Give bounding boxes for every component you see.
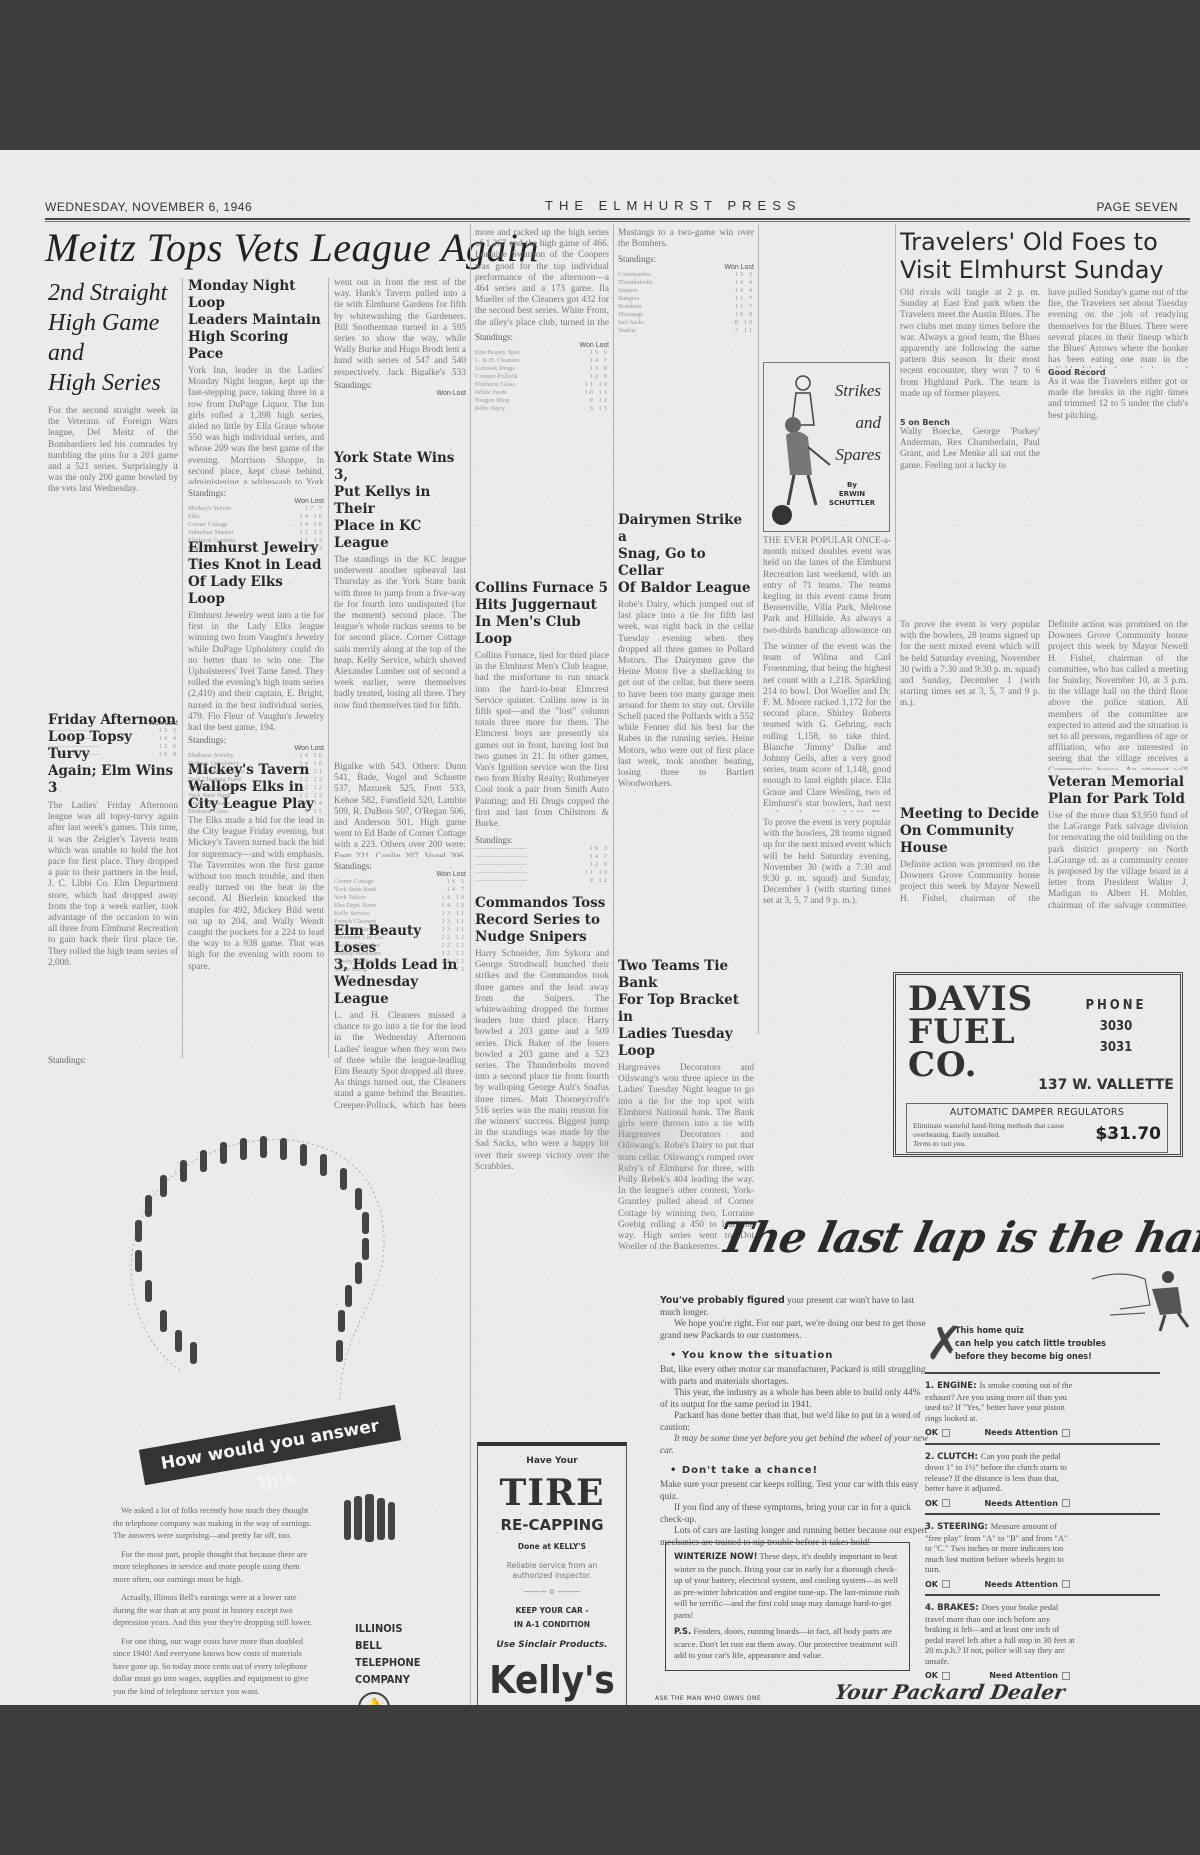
standings-row: Thunderbolts14 4 (618, 279, 754, 287)
meeting-headline: Meeting to Decide On Community House (900, 806, 1040, 857)
veteran-article: Definite action was promised on the Down… (1048, 620, 1188, 911)
davis-phone: PHONE 3030 3031 (1061, 995, 1171, 1058)
monday-body: York Inn, leader in the Ladies' Monday N… (188, 366, 324, 484)
kellys-logo: Kelly's (478, 1660, 626, 1700)
standings-row: White Front10 11 (475, 389, 609, 397)
collins-body: Collins Furnace, tied for third place in… (475, 651, 609, 831)
dairymen-body: Robe's Dairy, which jumped out of last p… (618, 600, 754, 960)
standings-row: Elm Beauty Spot15 6 (475, 349, 609, 357)
packard-slogan: ASK THE MAN WHO OWNS ONE (655, 1695, 761, 1702)
travelers-headline: Travelers' Old Foes to Visit Elmhurst Su… (900, 228, 1190, 284)
packard-quiz: 1. ENGINE: Is smoke coming out of the ex… (925, 1372, 1160, 1686)
scan-smudge (540, 1080, 720, 1200)
page-number: PAGE SEVEN (1097, 200, 1178, 214)
friday-headline: Friday Afternoon Loop Topsy Turvy Again;… (48, 712, 178, 797)
standings-row: Rangers11 7 (618, 295, 754, 303)
bell-illustration (100, 1070, 430, 1400)
standings-row: Elks14 10 (188, 513, 324, 521)
mickeys-body: The Elks made a bid for the lead in the … (188, 816, 324, 1036)
newspaper-page: WEDNESDAY, NOVEMBER 6, 1946 THE ELMHURST… (0, 150, 1200, 1705)
column-rule (182, 278, 183, 1058)
standings-row: Elm Dept. Store14 10 (334, 902, 466, 910)
standings-row: Robe Dairy6 15 (475, 405, 609, 413)
ok-checkbox[interactable]: OK (925, 1499, 950, 1510)
standings-row: York Tailors14 10 (334, 894, 466, 902)
friday-article: Friday Afternoon Loop Topsy Turvy Again;… (48, 712, 178, 1065)
damper-regulator-box: AUTOMATIC DAMPER REGULATORS Eliminate wa… (906, 1103, 1168, 1153)
paper-name: THE ELMHURST PRESS (545, 198, 802, 213)
monday-headline: Monday Night Loop Leaders Maintain High … (188, 278, 324, 363)
packard-headline: The last lap is the hardest! (715, 1213, 1200, 1262)
needs-attention-checkbox[interactable]: Needs Attention (984, 1499, 1070, 1510)
top-center-article: more and racked up the high series of 1,… (475, 228, 609, 413)
collins-headline: Collins Furnace 5 Hits Juggernaut In Men… (475, 580, 609, 648)
jewelry-headline: Elmhurst Jewelry Ties Knot in Lead Of La… (188, 540, 324, 608)
winterize-box: WINTERIZE NOW! These days, it's doubly i… (665, 1542, 910, 1671)
standings-row: Elmhurst Jewelry14 10 (188, 752, 324, 760)
bell-company-name: ILLINOIS BELL TELEPHONE COMPANY (355, 1620, 435, 1688)
bell-ad-body: We asked a lot of folks recently how muc… (113, 1505, 318, 1705)
commandos-headline: Commandos Toss Record Series to Nudge Sn… (475, 895, 609, 946)
damper-price: $31.70 (1095, 1124, 1161, 1144)
meitz-body: For the second straight week in the Vete… (48, 406, 178, 716)
meitz-article: 2nd Straight High Game and High Series F… (48, 278, 178, 759)
standings-row: Corner Cottage14 10 (188, 521, 324, 529)
travelers-article: Travelers' Old Foes to Visit Elmhurst Su… (900, 228, 1190, 472)
mustangs-article: Mustangs to a two-game win over the Bomb… (618, 228, 754, 335)
strikes-spares-logo: Strikes and Spares By ERWIN SCHUTTLER (763, 362, 890, 532)
two-teams-headline: Two Teams Tie Bank For Top Bracket in La… (618, 958, 754, 1060)
bell-people-group (340, 1490, 400, 1550)
bell-logo-icon: 🔔 (358, 1692, 390, 1705)
davis-fuel-logo: DAVIS FUEL CO. (908, 983, 1033, 1082)
elm-beauty-headline: Elm Beauty Loses 3, Holds Lead in Wednes… (334, 923, 466, 1008)
quiz-item: 3. STEERING: Measure amount of "free pla… (925, 1513, 1160, 1594)
veteran-headline: Veteran Memorial Plan for Park Told (1048, 774, 1188, 808)
scan-border-bottom (0, 1705, 1200, 1855)
needs-attention-checkbox[interactable]: Needs Attention (984, 1428, 1070, 1439)
masthead-rule (45, 218, 1190, 222)
column-rule (613, 224, 614, 1034)
people-queue-icon (100, 1070, 430, 1400)
dairymen-article: Dairymen Strike a Snag, Go to Cellar Of … (618, 512, 754, 960)
york-state-article: York State Wins 3, Put Kellys in Their P… (334, 450, 466, 974)
column-rule (895, 224, 896, 884)
davis-fuel-ad: DAVIS FUEL CO. PHONE 3030 3031 137 W. VA… (893, 972, 1183, 1157)
issue-date: WEDNESDAY, NOVEMBER 6, 1946 (45, 200, 252, 214)
packard-body: You've probably figured your present car… (660, 1295, 930, 1549)
collins-article: Collins Furnace 5 Hits Juggernaut In Men… (475, 580, 609, 905)
standings-row: Snipers14 4 (618, 287, 754, 295)
veteran-body: Use of the more than $3,950 fund of the … (1048, 811, 1188, 911)
masthead: WEDNESDAY, NOVEMBER 6, 1946 THE ELMHURST… (45, 194, 1190, 216)
standings-row: Elmhurst Glass11 10 (475, 381, 609, 389)
standings-row: L. & H. Cleaners14 7 (475, 357, 609, 365)
mustangs-standings: Commandos15 3Thunderbolts14 4Snipers14 4… (618, 271, 754, 335)
kellys-tire-ad: Have Your TIRE RE-CAPPING Done at KELLY'… (477, 1442, 627, 1705)
standings-row: Commandos15 3 (618, 271, 754, 279)
standings-row: Mustangs10 8 (618, 311, 754, 319)
standings-row: Lubrook Drugs13 8 (475, 365, 609, 373)
standings-row: Suburban Market12 12 (188, 529, 324, 537)
banner-headline: Meitz Tops Vets League Again (45, 224, 475, 271)
meeting-article: To prove the event is very popular with … (900, 620, 1040, 905)
standings-row: Creeper-Pollock12 9 (475, 373, 609, 381)
standings-row: York State Bank14 7 (334, 886, 466, 894)
bell-headline-banner: How would you answer this (139, 1405, 401, 1486)
monday-continued: went out in front the rest of the way. H… (334, 278, 466, 397)
quiz-intro: This home quiz can help you catch little… (955, 1325, 1106, 1364)
column-rule (470, 224, 471, 1705)
meeting-body: Definite action was promised on the Down… (900, 860, 1040, 905)
quiz-item: 4. BRAKES: Does your brake pedal travel … (925, 1594, 1160, 1686)
standings-row: Kelly Service13 11 (334, 910, 466, 918)
packard-dealer-script: Your Packard Dealer (833, 1680, 1067, 1704)
standings-row: Snafus7 11 (618, 327, 754, 335)
york-state-headline: York State Wins 3, Put Kellys in Their P… (334, 450, 466, 552)
friday-body: The Ladies' Friday Afternoon league was … (48, 801, 178, 1051)
ok-checkbox[interactable]: OK (925, 1428, 950, 1439)
column-rule (328, 278, 329, 1058)
x-mark-icon: ✗ (925, 1318, 955, 1368)
standings-row: Bombers11 7 (618, 303, 754, 311)
monday-article: Monday Night Loop Leaders Maintain High … (188, 278, 324, 553)
mickeys-headline: Mickey's Tavern Wallops Elks in City Lea… (188, 762, 324, 813)
ok-checkbox[interactable]: OK (925, 1580, 950, 1591)
standings-row: Mickey's Tavern17 7 (188, 505, 324, 513)
quiz-item: 1. ENGINE: Is smoke coming out of the ex… (925, 1372, 1160, 1443)
meitz-deck: 2nd Straight High Game and High Series (48, 278, 178, 398)
dairymen-headline: Dairymen Strike a Snag, Go to Cellar Of … (618, 512, 754, 597)
scan-border-top (0, 0, 1200, 150)
york-state-body: The standings in the KC league underwent… (334, 555, 466, 760)
needs-attention-checkbox[interactable]: Needs Attention (984, 1580, 1070, 1591)
jewelry-body: Elmhurst Jewelry went into a tie for fir… (188, 611, 324, 731)
standings-row: Sad Sacks8 10 (618, 319, 754, 327)
standings-row: Corner Cottage16 5 (334, 878, 466, 886)
quiz-item: 2. CLUTCH: Can you push the pedal down 1… (925, 1443, 1160, 1514)
mickeys-article: Mickey's Tavern Wallops Elks in City Lea… (188, 762, 324, 1036)
strikes-spares-column: THE EVER POPULAR ONCE-a-month mixed doub… (763, 536, 891, 918)
davis-address: 137 W. VALLETTE (1031, 1077, 1181, 1093)
standings-row: Norgen Shop9 12 (475, 397, 609, 405)
column-rule (758, 224, 759, 1034)
